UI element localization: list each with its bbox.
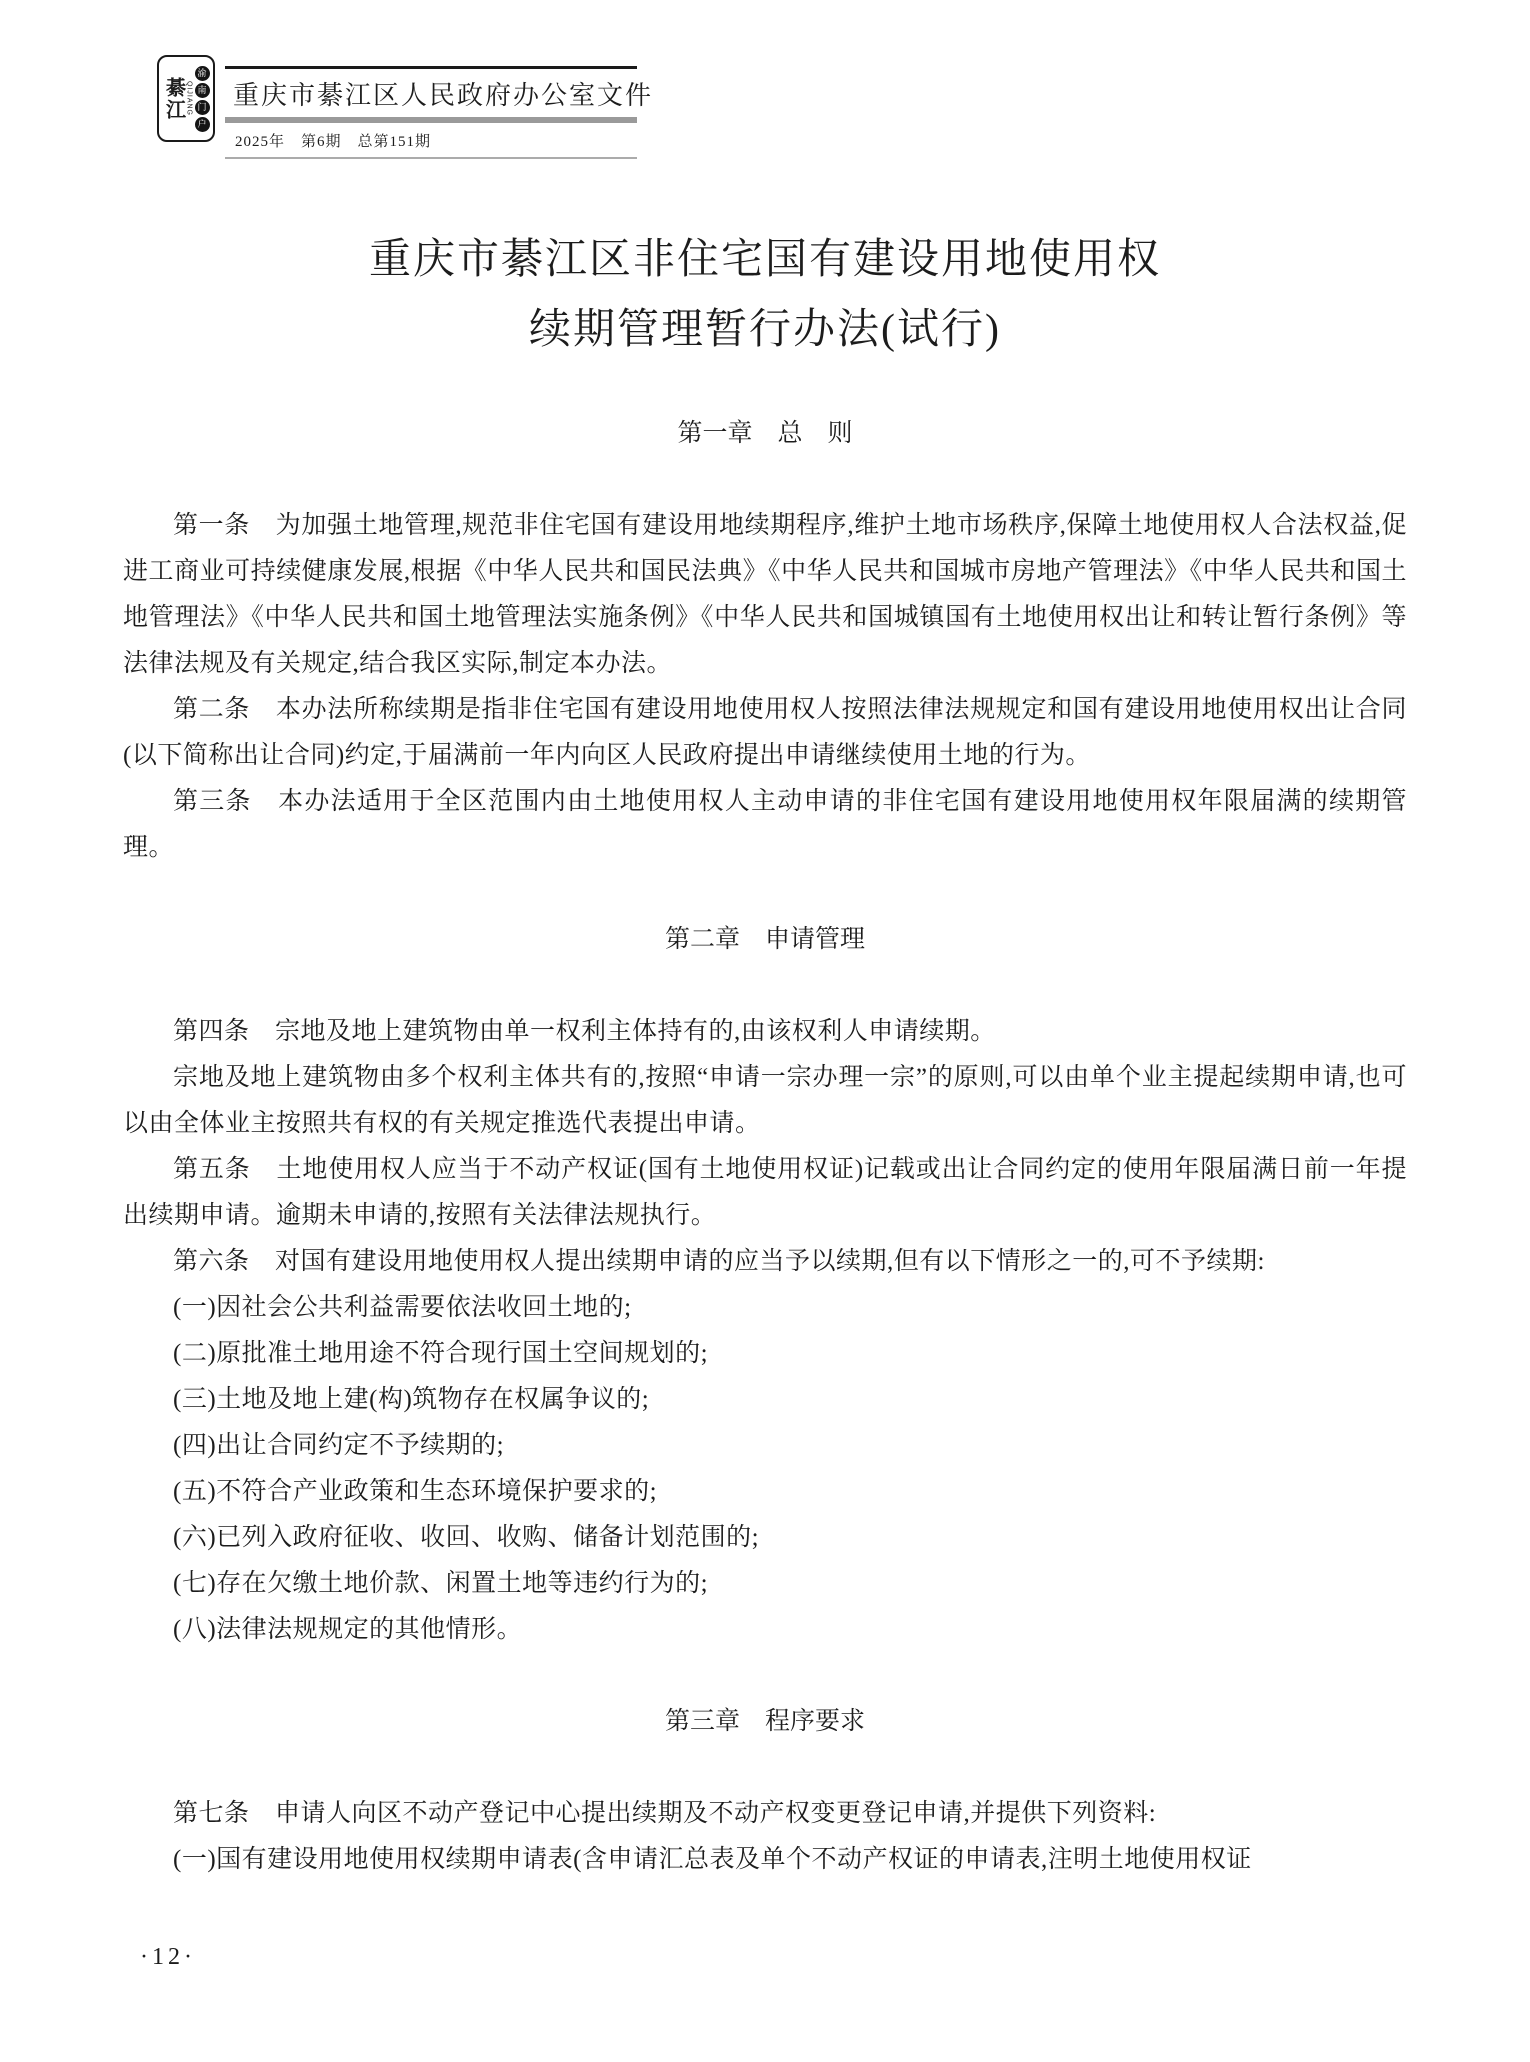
list-item: (五)不符合产业政策和生态环境保护要求的; (123, 1469, 1407, 1515)
paragraph: 第二条 本办法所称续期是指非住宅国有建设用地使用权人按照法律法规规定和国有建设用… (123, 687, 1407, 779)
paragraph: 第七条 申请人向区不动产登记中心提出续期及不动产权变更登记申请,并提供下列资料: (123, 1791, 1407, 1837)
seal-icon: 南 (195, 83, 210, 98)
document-page: 綦江 QIJIANG 渝 南 门 户 重庆市綦江区人民政府办公室文件 2025年… (0, 0, 1530, 2062)
document-body: 重庆市綦江区非住宅国有建设用地使用权 续期管理暂行办法(试行) 第一章 总 则 … (0, 0, 1530, 1883)
list-item: (三)土地及地上建(构)筑物存在权属争议的; (123, 1377, 1407, 1423)
issue-info: 2025年 第6期 总第151期 (225, 123, 637, 157)
masthead-right: 重庆市綦江区人民政府办公室文件 2025年 第6期 总第151期 (225, 66, 637, 159)
paragraph: 宗地及地上建筑物由多个权利主体共有的,按照“申请一宗办理一宗”的原则,可以由单个… (123, 1055, 1407, 1147)
qijiang-logo: 綦江 QIJIANG 渝 南 门 户 (157, 55, 215, 142)
document-title: 重庆市綦江区非住宅国有建设用地使用权 续期管理暂行办法(试行) (123, 225, 1407, 365)
paragraph: 第三条 本办法适用于全区范围内由土地使用权人主动申请的非住宅国有建设用地使用权年… (123, 779, 1407, 871)
chapter-heading: 第三章 程序要求 (123, 1699, 1407, 1745)
list-item: (一)国有建设用地使用权续期申请表(含申请汇总表及单个不动产权证的申请表,注明土… (123, 1837, 1407, 1883)
logo-characters: 綦江 (163, 77, 184, 121)
logo-seal-icons: 渝 南 门 户 (195, 66, 210, 132)
chapter-heading: 第二章 申请管理 (123, 917, 1407, 963)
list-item: (二)原批准土地用途不符合现行国土空间规划的; (123, 1331, 1407, 1377)
logo-romanized-text: QIJIANG (186, 81, 193, 116)
paragraph: 第一条 为加强土地管理,规范非住宅国有建设用地续期程序,维护土地市场秩序,保障土… (123, 503, 1407, 687)
paragraph: 第六条 对国有建设用地使用权人提出续期申请的应当予以续期,但有以下情形之一的,可… (123, 1239, 1407, 1285)
paragraph: 第四条 宗地及地上建筑物由单一权利主体持有的,由该权利人申请续期。 (123, 1009, 1407, 1055)
seal-icon: 渝 (195, 66, 210, 81)
list-item: (六)已列入政府征收、收回、收购、储备计划范围的; (123, 1515, 1407, 1561)
list-item: (七)存在欠缴土地价款、闲置土地等违约行为的; (123, 1561, 1407, 1607)
list-item: (四)出让合同约定不予续期的; (123, 1423, 1407, 1469)
document-title-line2: 续期管理暂行办法(试行) (123, 295, 1407, 365)
masthead-bottom-rule (225, 157, 637, 159)
masthead-title: 重庆市綦江区人民政府办公室文件 (225, 69, 637, 117)
list-item: (一)因社会公共利益需要依法收回土地的; (123, 1285, 1407, 1331)
seal-icon: 门 (195, 100, 210, 115)
list-item: (八)法律法规规定的其他情形。 (123, 1607, 1407, 1653)
chapter-heading: 第一章 总 则 (123, 411, 1407, 457)
seal-icon: 户 (195, 117, 210, 132)
document-title-line1: 重庆市綦江区非住宅国有建设用地使用权 (123, 225, 1407, 295)
page-number: ·12· (140, 1944, 196, 1971)
paragraph: 第五条 土地使用权人应当于不动产权证(国有土地使用权证)记载或出让合同约定的使用… (123, 1147, 1407, 1239)
